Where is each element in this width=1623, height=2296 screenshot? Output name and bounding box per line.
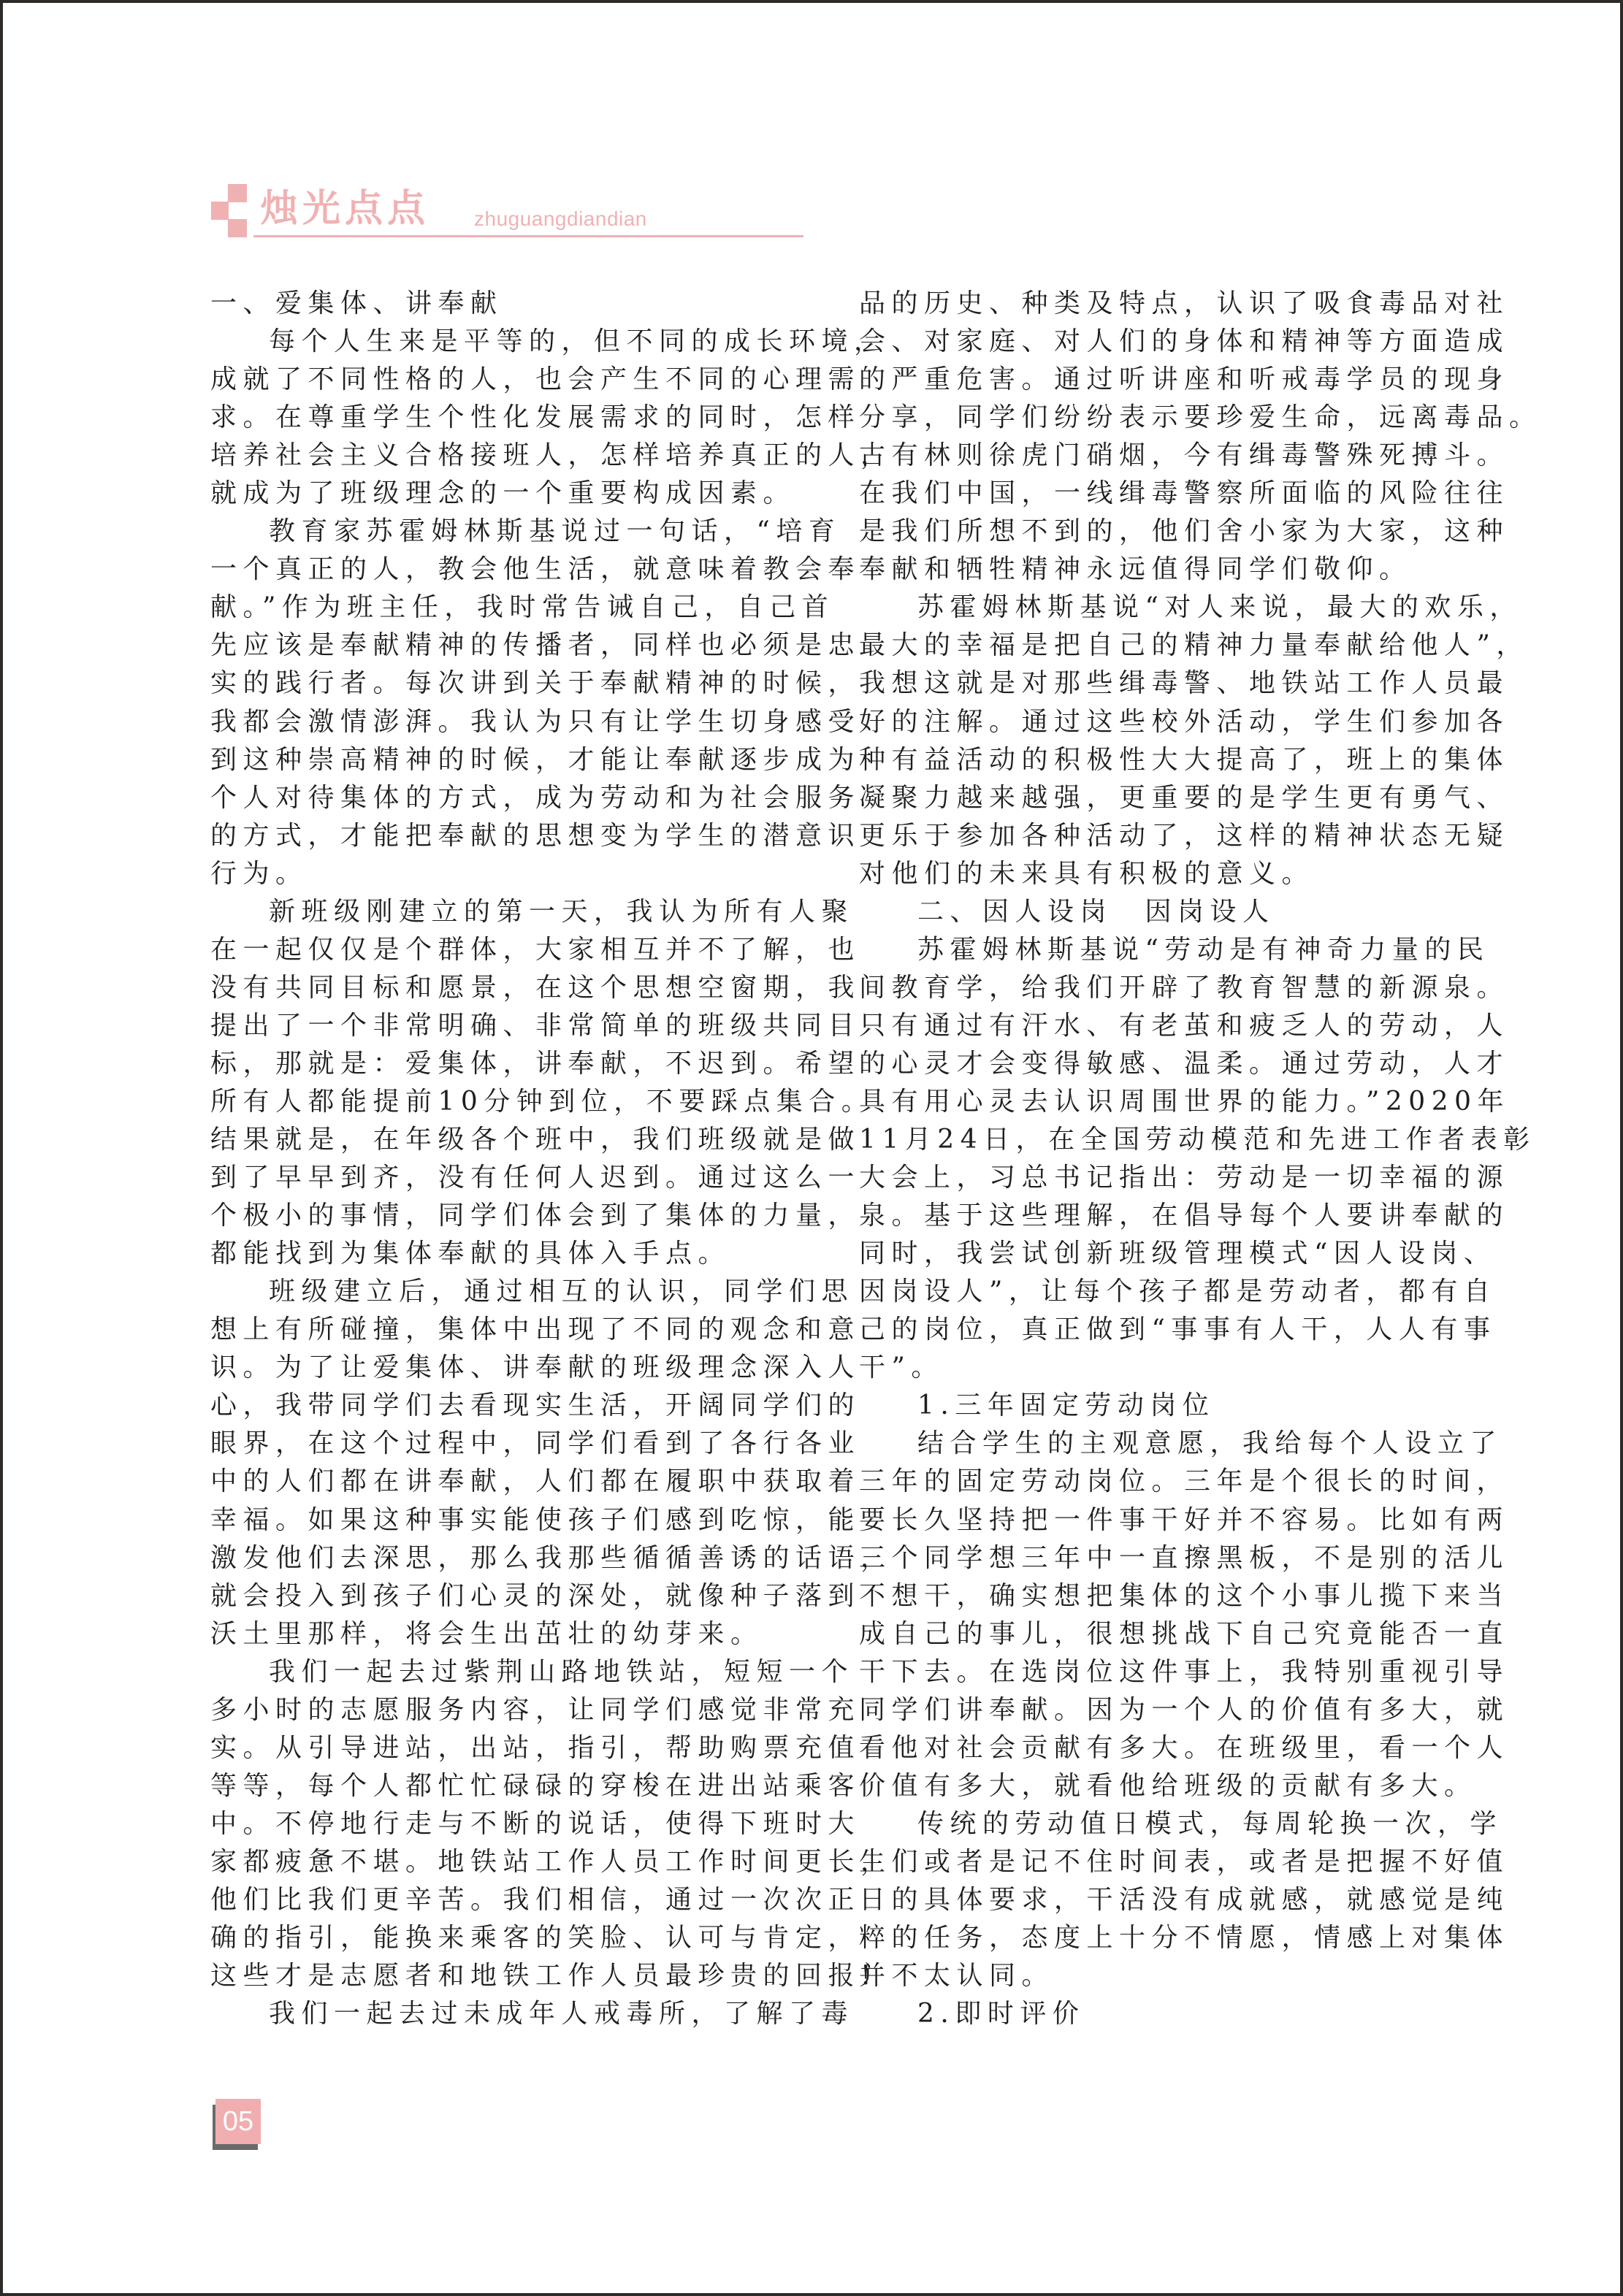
text-line: 二、因人设岗 因岗设人 (859, 893, 1451, 931)
text-line: 传统的劳动值日模式，每周轮换一次，学 (859, 1805, 1451, 1843)
text-line: 结果就是，在年级各个班中，我们班级就是做 (210, 1121, 802, 1159)
text-line: 一、爱集体、讲奉献 (210, 285, 802, 323)
text-line: 教育家苏霍姆林斯基说过一句话，“培育 (210, 513, 802, 551)
text-line: 在我们中国，一线缉毒警察所面临的风险往往 (859, 475, 1451, 513)
text-line: 三年的固定劳动岗位。三年是个很长的时间， (859, 1463, 1451, 1501)
text-line: 粹的任务，态度上十分不情愿，情感上对集体 (859, 1919, 1451, 1957)
text-line: 同时，我尝试创新班级管理模式“因人设岗、 (859, 1235, 1451, 1273)
text-line: 对他们的未来具有积极的意义。 (859, 855, 1451, 893)
column-title-pinyin: zhuguangdiandian (474, 206, 647, 232)
text-line: 因岗设人”，让每个孩子都是劳动者，都有自 (859, 1273, 1451, 1311)
text-line: 每个人生来是平等的，但不同的成长环境， (210, 323, 802, 361)
text-line: 大会上，习总书记指出：劳动是一切幸福的源 (859, 1159, 1451, 1197)
text-line: 一个真正的人，教会他生活，就意味着教会奉 (210, 551, 802, 589)
text-line: 家都疲惫不堪。地铁站工作人员工作时间更长， (210, 1843, 802, 1881)
text-line: 生们或者是记不住时间表，或者是把握不好值 (859, 1843, 1451, 1881)
text-line: 品的历史、种类及特点，认识了吸食毒品对社 (859, 285, 1451, 323)
text-line: 要长久坚持把一件事干好并不容易。比如有两 (859, 1501, 1451, 1539)
text-line: 实。从引导进站，出站，指引，帮助购票充值 (210, 1729, 802, 1767)
text-line: 2.即时评价 (859, 1995, 1451, 2033)
text-line: 不想干，确实想把集体的这个小事儿揽下来当 (859, 1577, 1451, 1615)
text-line: 心，我带同学们去看现实生活，开阔同学们的 (210, 1387, 802, 1425)
text-line: 个极小的事情，同学们体会到了集体的力量， (210, 1197, 802, 1235)
text-line: 幸福。如果这种事实能使孩子们感到吃惊，能 (210, 1501, 802, 1539)
text-line: 这些才是志愿者和地铁工作人员最珍贵的回报! (210, 1957, 802, 1995)
text-line: 我们一起去过紫荆山路地铁站，短短一个 (210, 1653, 802, 1691)
text-line: 日的具体要求，干活没有成就感，就感觉是纯 (859, 1881, 1451, 1919)
text-line: 求。在尊重学生个性化发展需求的同时，怎样 (210, 399, 802, 437)
text-line: 他们比我们更辛苦。我们相信，通过一次次正 (210, 1881, 802, 1919)
logo-square-icon (211, 202, 229, 220)
text-line: 具有用心灵去认识周围世界的能力。”2020年 (859, 1083, 1451, 1121)
text-line: 种有益活动的积极性大大提高了，班上的集体 (859, 741, 1451, 779)
column-title: 烛光点点 (260, 185, 429, 237)
logo-square-icon (228, 184, 247, 202)
text-line: 奉献和牺牲精神永远值得同学们敬仰。 (859, 551, 1451, 589)
text-line: 更乐于参加各种活动了，这样的精神状态无疑 (859, 817, 1451, 855)
text-line: 培养社会主义合格接班人，怎样培养真正的人， (210, 437, 802, 475)
text-line: 最大的幸福是把自己的精神力量奉献给他人”， (859, 627, 1451, 665)
text-line: 苏霍姆林斯基说“劳动是有神奇力量的民 (859, 931, 1451, 969)
text-line: 等等，每个人都忙忙碌碌的穿梭在进出站乘客 (210, 1767, 802, 1805)
text-line: 分享，同学们纷纷表示要珍爱生命，远离毒品。 (859, 399, 1451, 437)
text-line: 11月24日，在全国劳动模范和先进工作者表彰 (859, 1121, 1451, 1159)
text-line: 眼界，在这个过程中，同学们看到了各行各业 (210, 1425, 802, 1463)
text-line: 看他对社会贡献有多大。在班级里，看一个人 (859, 1729, 1451, 1767)
text-line: 1.三年固定劳动岗位 (859, 1387, 1451, 1425)
text-line: 好的注解。通过这些校外活动，学生们参加各 (859, 703, 1451, 741)
text-line: 凝聚力越来越强，更重要的是学生更有勇气、 (859, 779, 1451, 817)
text-line: 在一起仅仅是个群体，大家相互并不了解，也 (210, 931, 802, 969)
text-line: 只有通过有汗水、有老茧和疲乏人的劳动，人 (859, 1007, 1451, 1045)
text-line: 古有林则徐虎门硝烟，今有缉毒警殊死搏斗。 (859, 437, 1451, 475)
page-number: 05 (215, 2099, 261, 2144)
left-text-column: 一、爱集体、讲奉献每个人生来是平等的，但不同的成长环境，成就了不同性格的人，也会… (210, 285, 802, 2033)
text-line: 我们一起去过未成年人戒毒所，了解了毒 (210, 1995, 802, 2033)
text-line: 的严重危害。通过听讲座和听戒毒学员的现身 (859, 361, 1451, 399)
text-line: 都能找到为集体奉献的具体入手点。 (210, 1235, 802, 1273)
text-line: 献。”作为班主任，我时常告诫自己，自己首 (210, 589, 802, 627)
magazine-page: 烛光点点 zhuguangdiandian 一、爱集体、讲奉献每个人生来是平等的… (0, 0, 1623, 2296)
text-line: 价值有多大，就看他给班级的贡献有多大。 (859, 1767, 1451, 1805)
text-line: 干下去。在选岗位这件事上，我特别重视引导 (859, 1653, 1451, 1691)
text-line: 的方式，才能把奉献的思想变为学生的潜意识 (210, 817, 802, 855)
text-line: 中。不停地行走与不断的说话，使得下班时大 (210, 1805, 802, 1843)
text-line: 我想这就是对那些缉毒警、地铁站工作人员最 (859, 665, 1451, 703)
text-line: 中的人们都在讲奉献，人们都在履职中获取着 (210, 1463, 802, 1501)
text-line: 苏霍姆林斯基说“对人来说，最大的欢乐， (859, 589, 1451, 627)
text-line: 所有人都能提前10分钟到位，不要踩点集合。 (210, 1083, 802, 1121)
text-line: 到了早早到齐，没有任何人迟到。通过这么一 (210, 1159, 802, 1197)
text-line: 想上有所碰撞，集体中出现了不同的观念和意 (210, 1311, 802, 1349)
text-line: 新班级刚建立的第一天，我认为所有人聚 (210, 893, 802, 931)
text-line: 实的践行者。每次讲到关于奉献精神的时候， (210, 665, 802, 703)
text-line: 就成为了班级理念的一个重要构成因素。 (210, 475, 802, 513)
text-line: 泉。基于这些理解，在倡导每个人要讲奉献的 (859, 1197, 1451, 1235)
text-line: 间教育学，给我们开辟了教育智慧的新源泉。 (859, 969, 1451, 1007)
header-underline (253, 235, 803, 237)
text-line: 同学们讲奉献。因为一个人的价值有多大，就 (859, 1691, 1451, 1729)
text-line: 结合学生的主观意愿，我给每个人设立了 (859, 1425, 1451, 1463)
text-line: 先应该是奉献精神的传播者，同样也必须是忠 (210, 627, 802, 665)
text-line: 确的指引，能换来乘客的笑脸、认可与肯定， (210, 1919, 802, 1957)
text-line: 成就了不同性格的人，也会产生不同的心理需 (210, 361, 802, 399)
text-line: 会、对家庭、对人们的身体和精神等方面造成 (859, 323, 1451, 361)
text-line: 识。为了让爱集体、讲奉献的班级理念深入人 (210, 1349, 802, 1387)
text-line: 就会投入到孩子们心灵的深处，就像种子落到 (210, 1577, 802, 1615)
text-line: 并不太认同。 (859, 1957, 1451, 1995)
text-line: 没有共同目标和愿景，在这个思想空窗期，我 (210, 969, 802, 1007)
text-line: 己的岗位，真正做到“事事有人干，人人有事 (859, 1311, 1451, 1349)
text-line: 激发他们去深思，那么我那些循循善诱的话语， (210, 1539, 802, 1577)
text-line: 个人对待集体的方式，成为劳动和为社会服务 (210, 779, 802, 817)
text-line: 三个同学想三年中一直擦黑板，不是别的活儿 (859, 1539, 1451, 1577)
text-line: 提出了一个非常明确、非常简单的班级共同目 (210, 1007, 802, 1045)
logo-square-icon (228, 219, 247, 237)
text-line: 我都会激情澎湃。我认为只有让学生切身感受 (210, 703, 802, 741)
text-line: 沃土里那样，将会生出茁壮的幼芽来。 (210, 1615, 802, 1653)
text-line: 是我们所想不到的，他们舍小家为大家，这种 (859, 513, 1451, 551)
text-line: 到这种崇高精神的时候，才能让奉献逐步成为 (210, 741, 802, 779)
text-line: 成自己的事儿，很想挑战下自己究竟能否一直 (859, 1615, 1451, 1653)
text-line: 的心灵才会变得敏感、温柔。通过劳动，人才 (859, 1045, 1451, 1083)
text-line: 多小时的志愿服务内容，让同学们感觉非常充 (210, 1691, 802, 1729)
text-line: 班级建立后，通过相互的认识，同学们思 (210, 1273, 802, 1311)
right-text-column: 品的历史、种类及特点，认识了吸食毒品对社会、对家庭、对人们的身体和精神等方面造成… (859, 285, 1451, 2033)
text-line: 干”。 (859, 1349, 1451, 1387)
text-line: 标，那就是：爱集体，讲奉献，不迟到。希望 (210, 1045, 802, 1083)
text-line: 行为。 (210, 855, 802, 893)
